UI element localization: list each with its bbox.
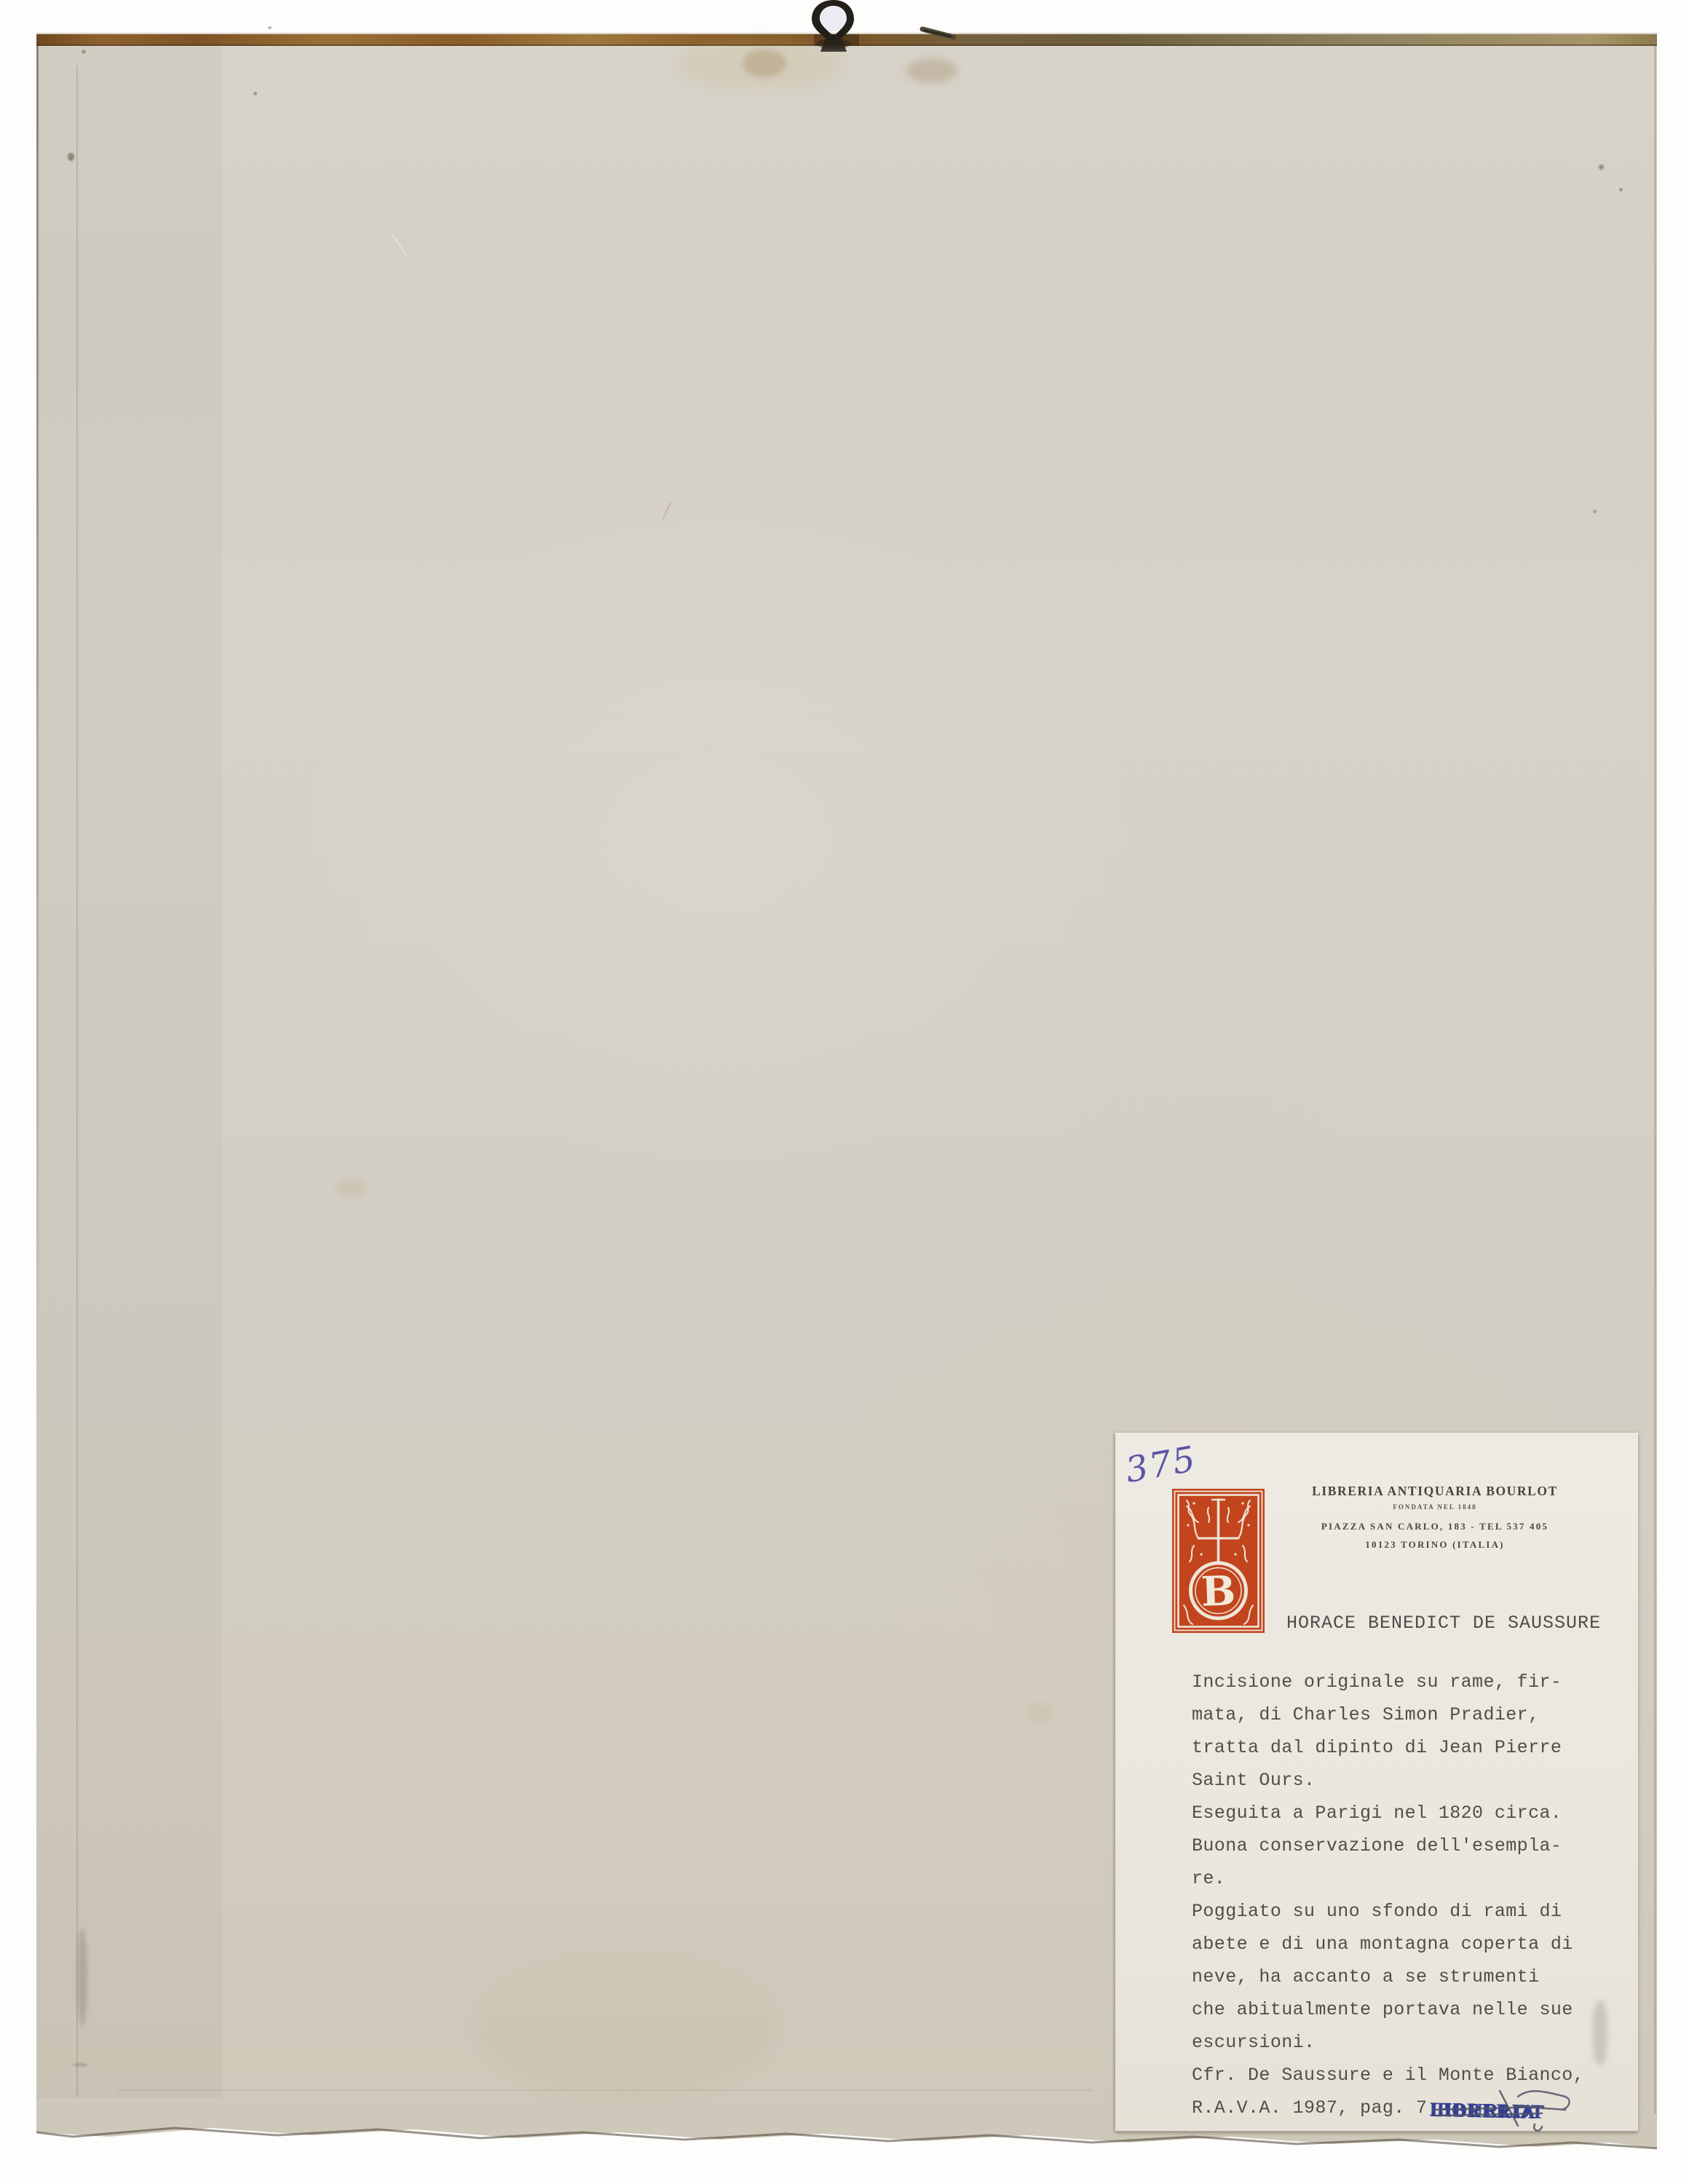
smudge (1593, 2001, 1607, 2065)
label-header: LIBRERIA ANTIQUARIA BOURLOT FONDATA NEL … (1251, 1433, 1619, 1564)
bookseller-label: 375 (1115, 1433, 1638, 2132)
board-right-edge (1654, 46, 1656, 2113)
label-text-line: Buona conservazione dell'esempla- (1192, 1835, 1629, 1868)
photo-of-artwork-back: 375 (0, 0, 1681, 2184)
label-text-line: mata, di Charles Simon Pradier, (1192, 1704, 1629, 1737)
handwritten-item-number: 375 (1123, 1439, 1200, 1491)
label-text-line: Poggiato su uno sfondo di rami di (1192, 1901, 1629, 1934)
label-text-line: Saint Ours. (1192, 1770, 1629, 1803)
label-text-line: neve, ha accanto a se strumenti (1192, 1966, 1629, 1999)
label-text-line: Incisione originale su rame, fir- (1192, 1671, 1629, 1704)
speck (268, 26, 272, 29)
bookshop-city: 10123 TORINO (ITALIA) (1251, 1539, 1619, 1551)
label-text-line: escursioni. (1192, 2032, 1629, 2065)
label-description: Incisione originale su rame, fir- mata, … (1192, 1671, 1629, 2130)
label-text-line: abete e di una montagna coperta di (1192, 1934, 1629, 1966)
board-tone-band (36, 46, 222, 2099)
bookshop-founded: FONDATA NEL 1848 (1251, 1503, 1619, 1511)
label-text-line: re. (1192, 1868, 1629, 1901)
stamp-word-right: BOURLOT (1436, 2098, 1546, 2123)
label-text-line: Cfr. De Saussure e il Monte Bianco, (1192, 2065, 1629, 2097)
crease-line (76, 66, 78, 2097)
bookshop-name: LIBRERIA ANTIQUARIA BOURLOT (1251, 1484, 1619, 1499)
artwork-title: HORACE BENEDICT DE SAUSSURE (1286, 1613, 1601, 1634)
ring-shadow (814, 34, 859, 46)
label-text-line: Eseguita a Parigi nel 1820 circa. (1192, 1803, 1629, 1835)
label-text-line: che abitualmente portava nelle sue (1192, 1999, 1629, 2032)
label-text-line: tratta dal dipinto di Jean Pierre (1192, 1737, 1629, 1770)
logo-letter: B (1201, 1567, 1237, 1616)
crease-line (116, 2089, 1092, 2091)
bookshop-address: PIAZZA SAN CARLO, 183 - TEL 537 405 (1251, 1521, 1619, 1532)
label-text-line: R.A.V.A. 1987, pag. 7 (1192, 2097, 1629, 2130)
